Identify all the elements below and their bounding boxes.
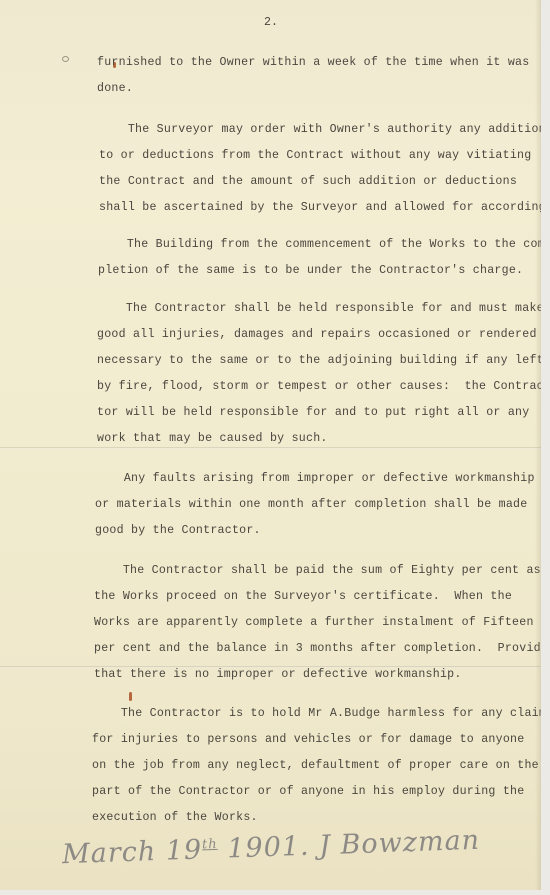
margin-mark [62,56,69,62]
text-line: or materials within one month after comp… [95,498,527,511]
text-line: tor will be held responsible for and to … [97,406,529,419]
signature-date-suffix: th [202,837,218,853]
paragraph-4: The Contractor shall be held responsible… [97,296,541,452]
document-page: 2. furnished to the Owner within a week … [0,0,541,890]
text-line: necessary to the same or to the adjoinin… [97,354,541,367]
signature-year: 1901. [217,831,310,865]
paragraph-3: The Building from the commencement of th… [98,232,541,284]
page-number: 2. [264,16,278,29]
text-line: The Contractor shall be held responsible… [97,302,541,315]
text-line: the Works proceed on the Surveyor's cert… [94,590,512,603]
signature-name: J Bowzman [309,825,480,862]
paragraph-1: furnished to the Owner within a week of … [97,50,529,102]
text-line: to or deductions from the Contract witho… [99,149,531,162]
text-line: good all injuries, damages and repairs o… [97,328,537,341]
text-line: furnished to the Owner within a week of … [97,56,529,69]
text-line: that there is no improper or defective w… [94,668,462,681]
text-line: pletion of the same is to be under the C… [98,264,523,277]
text-line: by fire, flood, storm or tempest or othe… [97,380,541,393]
ink-spot [129,692,132,701]
paragraph-5: Any faults arising from improper or defe… [95,466,535,544]
text-line: The Surveyor may order with Owner's auth… [99,123,541,136]
text-line: done. [97,82,133,95]
text-line: good by the Contractor. [95,524,261,537]
text-line: shall be ascertained by the Surveyor and… [99,201,541,214]
handwritten-signature: March 19th 1901. J Bowzman [62,825,481,871]
text-line: the Contract and the amount of such addi… [99,175,517,188]
text-line: on the job from any neglect, defaultment… [92,759,539,772]
text-line: execution of the Works. [92,811,258,824]
paragraph-7: The Contractor is to hold Mr A.Budge har… [92,701,541,831]
text-line: for injuries to persons and vehicles or … [92,733,524,746]
paragraph-2: The Surveyor may order with Owner's auth… [99,117,541,221]
text-line: Works are apparently complete a further … [94,616,534,629]
paragraph-6: The Contractor shall be paid the sum of … [94,558,541,688]
text-line: The Contractor is to hold Mr A.Budge har… [92,707,541,720]
text-line: per cent and the balance in 3 months aft… [94,642,541,655]
text-line: part of the Contractor or of anyone in h… [92,785,524,798]
signature-date: March 19 [62,834,203,870]
text-line: work that may be caused by such. [97,432,328,445]
text-line: The Building from the commencement of th… [98,238,541,251]
text-line: The Contractor shall be paid the sum of … [94,564,541,577]
text-line: Any faults arising from improper or defe… [95,472,535,485]
